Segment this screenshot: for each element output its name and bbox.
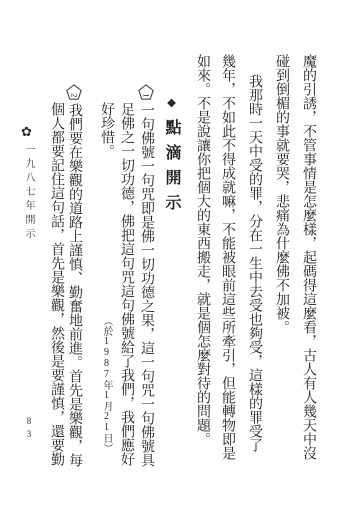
svg-text:2: 2: [70, 93, 79, 97]
text-column: 個人都要記住這句話，首先是樂觀，然後是要謹慎，還要勤: [46, 102, 66, 466]
text-column: 好珍惜。: [96, 102, 116, 158]
text-column: 足佛之一切功德，佛把這句咒這句佛號給了我們，我們應好: [116, 102, 136, 466]
text-column: 如來。不是說讓你把個大的東西搬走，就是個怎麼對待的問題。: [192, 54, 212, 446]
text-column: 2 我們要在樂觀的道路上謹慎、勤奮地前進。首先是樂觀，每: [64, 84, 84, 467]
item-number-badge: 2: [66, 84, 82, 100]
section-header: ❖點滴開示: [162, 97, 182, 219]
svg-text:1: 1: [142, 93, 151, 97]
item-text: 我們要在樂觀的道路上謹慎、勤奮地前進。首先是樂觀，每: [67, 103, 82, 467]
publisher-seal-icon: ✿: [21, 124, 32, 140]
text-column: 我那時一天中受的罪，分在一生中去受也夠受，這樣的罪受了: [244, 74, 264, 452]
page-number: 83: [23, 416, 35, 442]
text-column: 幾年，不如此不得成就嘛，不能被眼前這些所牽引，但能轉物即是: [217, 54, 237, 460]
item-number-badge: 1: [138, 84, 154, 100]
text-column: 魔的引誘，不管事情是怎麼樣，起碼得這麼看，古人有人幾天中沒: [298, 54, 318, 460]
running-title: 一九八七年開示: [21, 144, 35, 242]
text-column: 碰到倒楣的事就要哭，悲痛為什麼佛不加被。: [271, 54, 291, 334]
text-column: 1 一句佛號一句咒即是佛一切功德之果，這一句咒一句佛號具: [136, 84, 156, 467]
item-text: 一句佛號一句咒即是佛一切功德之果，這一句咒一句佛號具: [139, 103, 154, 467]
section-marker-icon: ❖: [165, 97, 177, 119]
section-title: 點滴開示: [163, 119, 180, 219]
date-attribution: ︵於1987年1月21日︶: [96, 316, 116, 453]
book-page: 魔的引誘，不管事情是怎麼樣，起碼得這麼看，古人有人幾天中沒 碰到倒楣的事就要哭，…: [0, 0, 363, 510]
